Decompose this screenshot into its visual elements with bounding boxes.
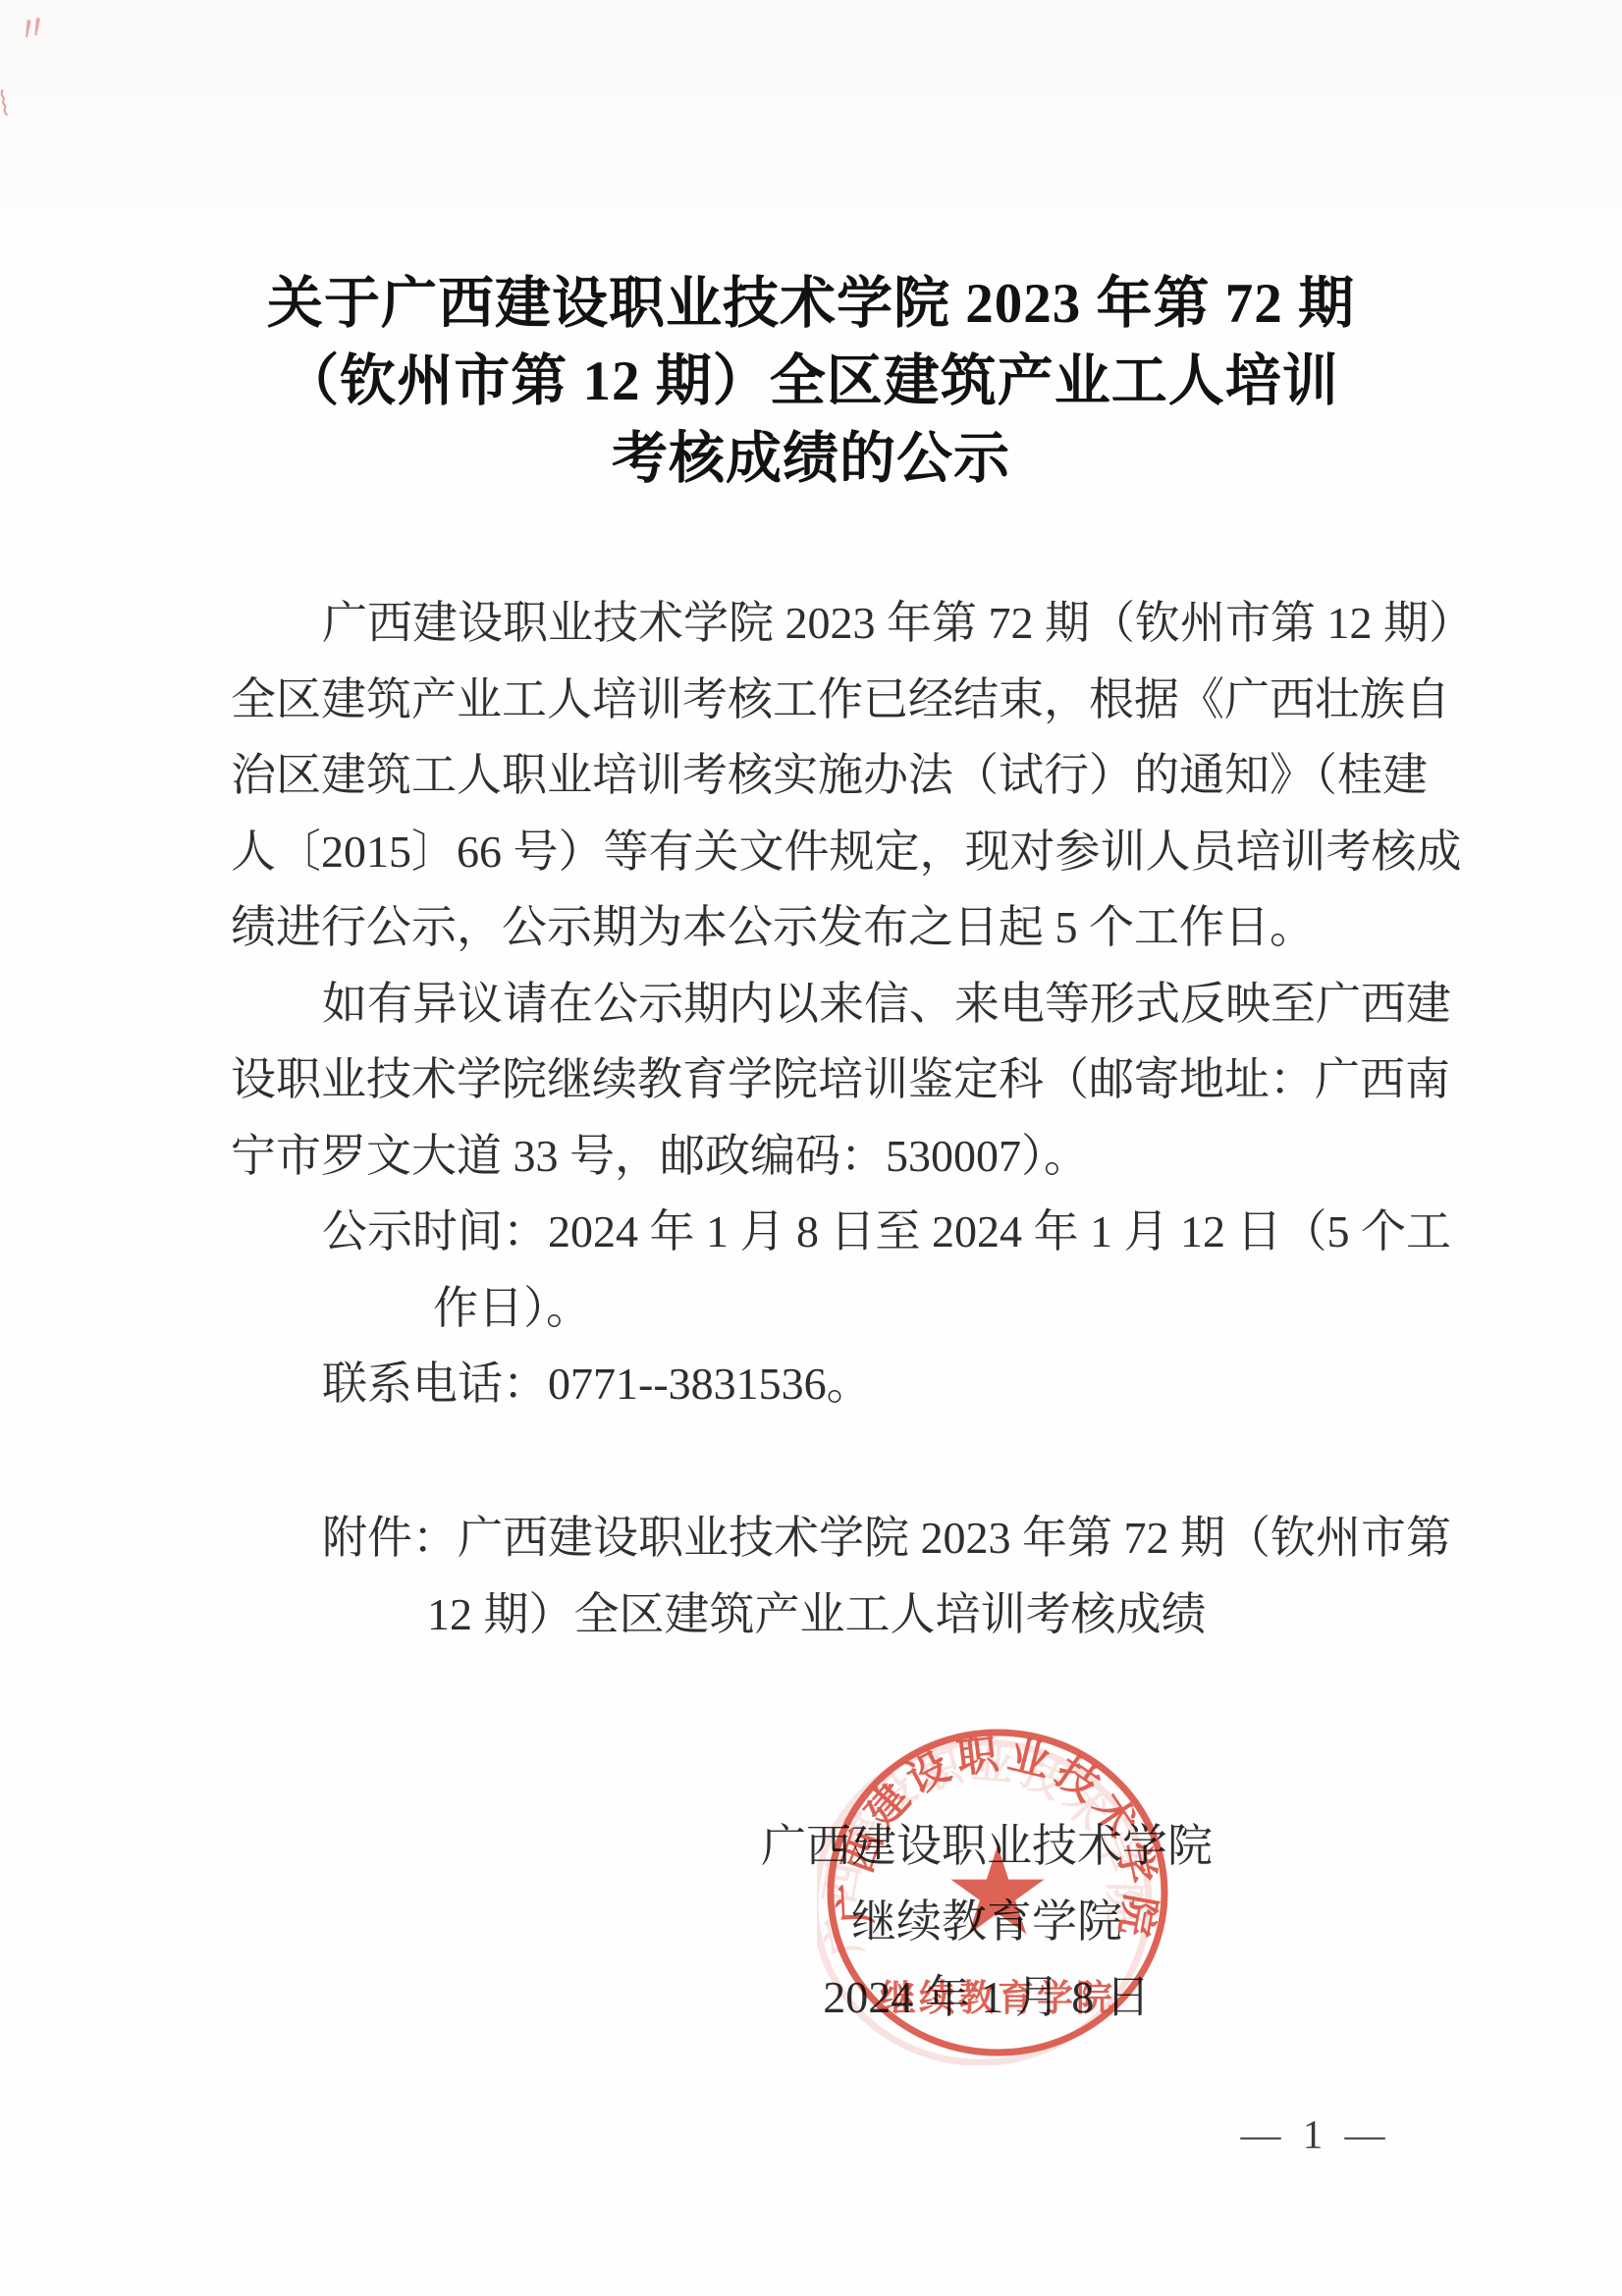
attachment-text-line: 12 期）全区建筑产业工人培训考核成绩 xyxy=(231,1576,1470,1653)
body-text-line: 广西建设职业技术学院 2023 年第 72 期（钦州市第 12 期） xyxy=(231,585,1470,662)
body-text-line: 作日）。 xyxy=(231,1270,1470,1347)
title-line: 考核成绩的公示 xyxy=(79,420,1543,498)
attachment-text-line: 附件：广西建设职业技术学院 2023 年第 72 期（钦州市第 xyxy=(231,1500,1470,1576)
red-pen-mark: ﹏ xyxy=(0,84,34,116)
body-text-line: 宁市罗文大道 33 号，邮政编码：530007）。 xyxy=(231,1118,1470,1195)
body-text-line: 如有异议请在公示期内以来信、来电等形式反映至广西建 xyxy=(231,966,1470,1042)
body-text-line: 治区建筑工人职业培训考核实施办法（试行）的通知》（桂建 xyxy=(231,737,1470,814)
body-text-line: 人〔2015〕66 号）等有关文件规定，现对参训人员培训考核成 xyxy=(231,814,1470,890)
attachment-section: 附件：广西建设职业技术学院 2023 年第 72 期（钦州市第12 期）全区建筑… xyxy=(231,1500,1470,1653)
official-seal: 广西建设职业技术学院 广西建设职业技术学院 继续教育学院 xyxy=(817,1720,1178,2065)
red-pen-mark: 〃 xyxy=(11,0,53,53)
star-icon xyxy=(950,1845,1044,1935)
title-line: （钦州市第 12 期）全区建筑产业工人培训 xyxy=(79,343,1543,420)
body-text-line: 公示时间：2024 年 1 月 8 日至 2024 年 1 月 12 日（5 个… xyxy=(231,1194,1470,1270)
title-line: 关于广西建设职业技术学院 2023 年第 72 期 xyxy=(79,265,1543,343)
page-number: — 1 — xyxy=(1208,2110,1424,2158)
document-body: 广西建设职业技术学院 2023 年第 72 期（钦州市第 12 期）全区建筑产业… xyxy=(231,585,1470,1422)
body-text-line: 联系电话：0771--3831536。 xyxy=(231,1346,1470,1422)
document-title: 关于广西建设职业技术学院 2023 年第 72 期（钦州市第 12 期）全区建筑… xyxy=(79,265,1543,498)
seal-bottom-text: 继续教育学院 xyxy=(880,1978,1115,2019)
body-text-line: 绩进行公示，公示期为本公示发布之日起 5 个工作日。 xyxy=(231,889,1470,966)
body-text-line: 设职业技术学院继续教育学院培训鉴定科（邮寄地址：广西南 xyxy=(231,1041,1470,1118)
announcement-document-page: 〃 ﹏ 关于广西建设职业技术学院 2023 年第 72 期（钦州市第 12 期）… xyxy=(0,0,1622,2296)
body-text-line: 全区建筑产业工人培训考核工作已经结束，根据《广西壮族自 xyxy=(231,662,1470,738)
